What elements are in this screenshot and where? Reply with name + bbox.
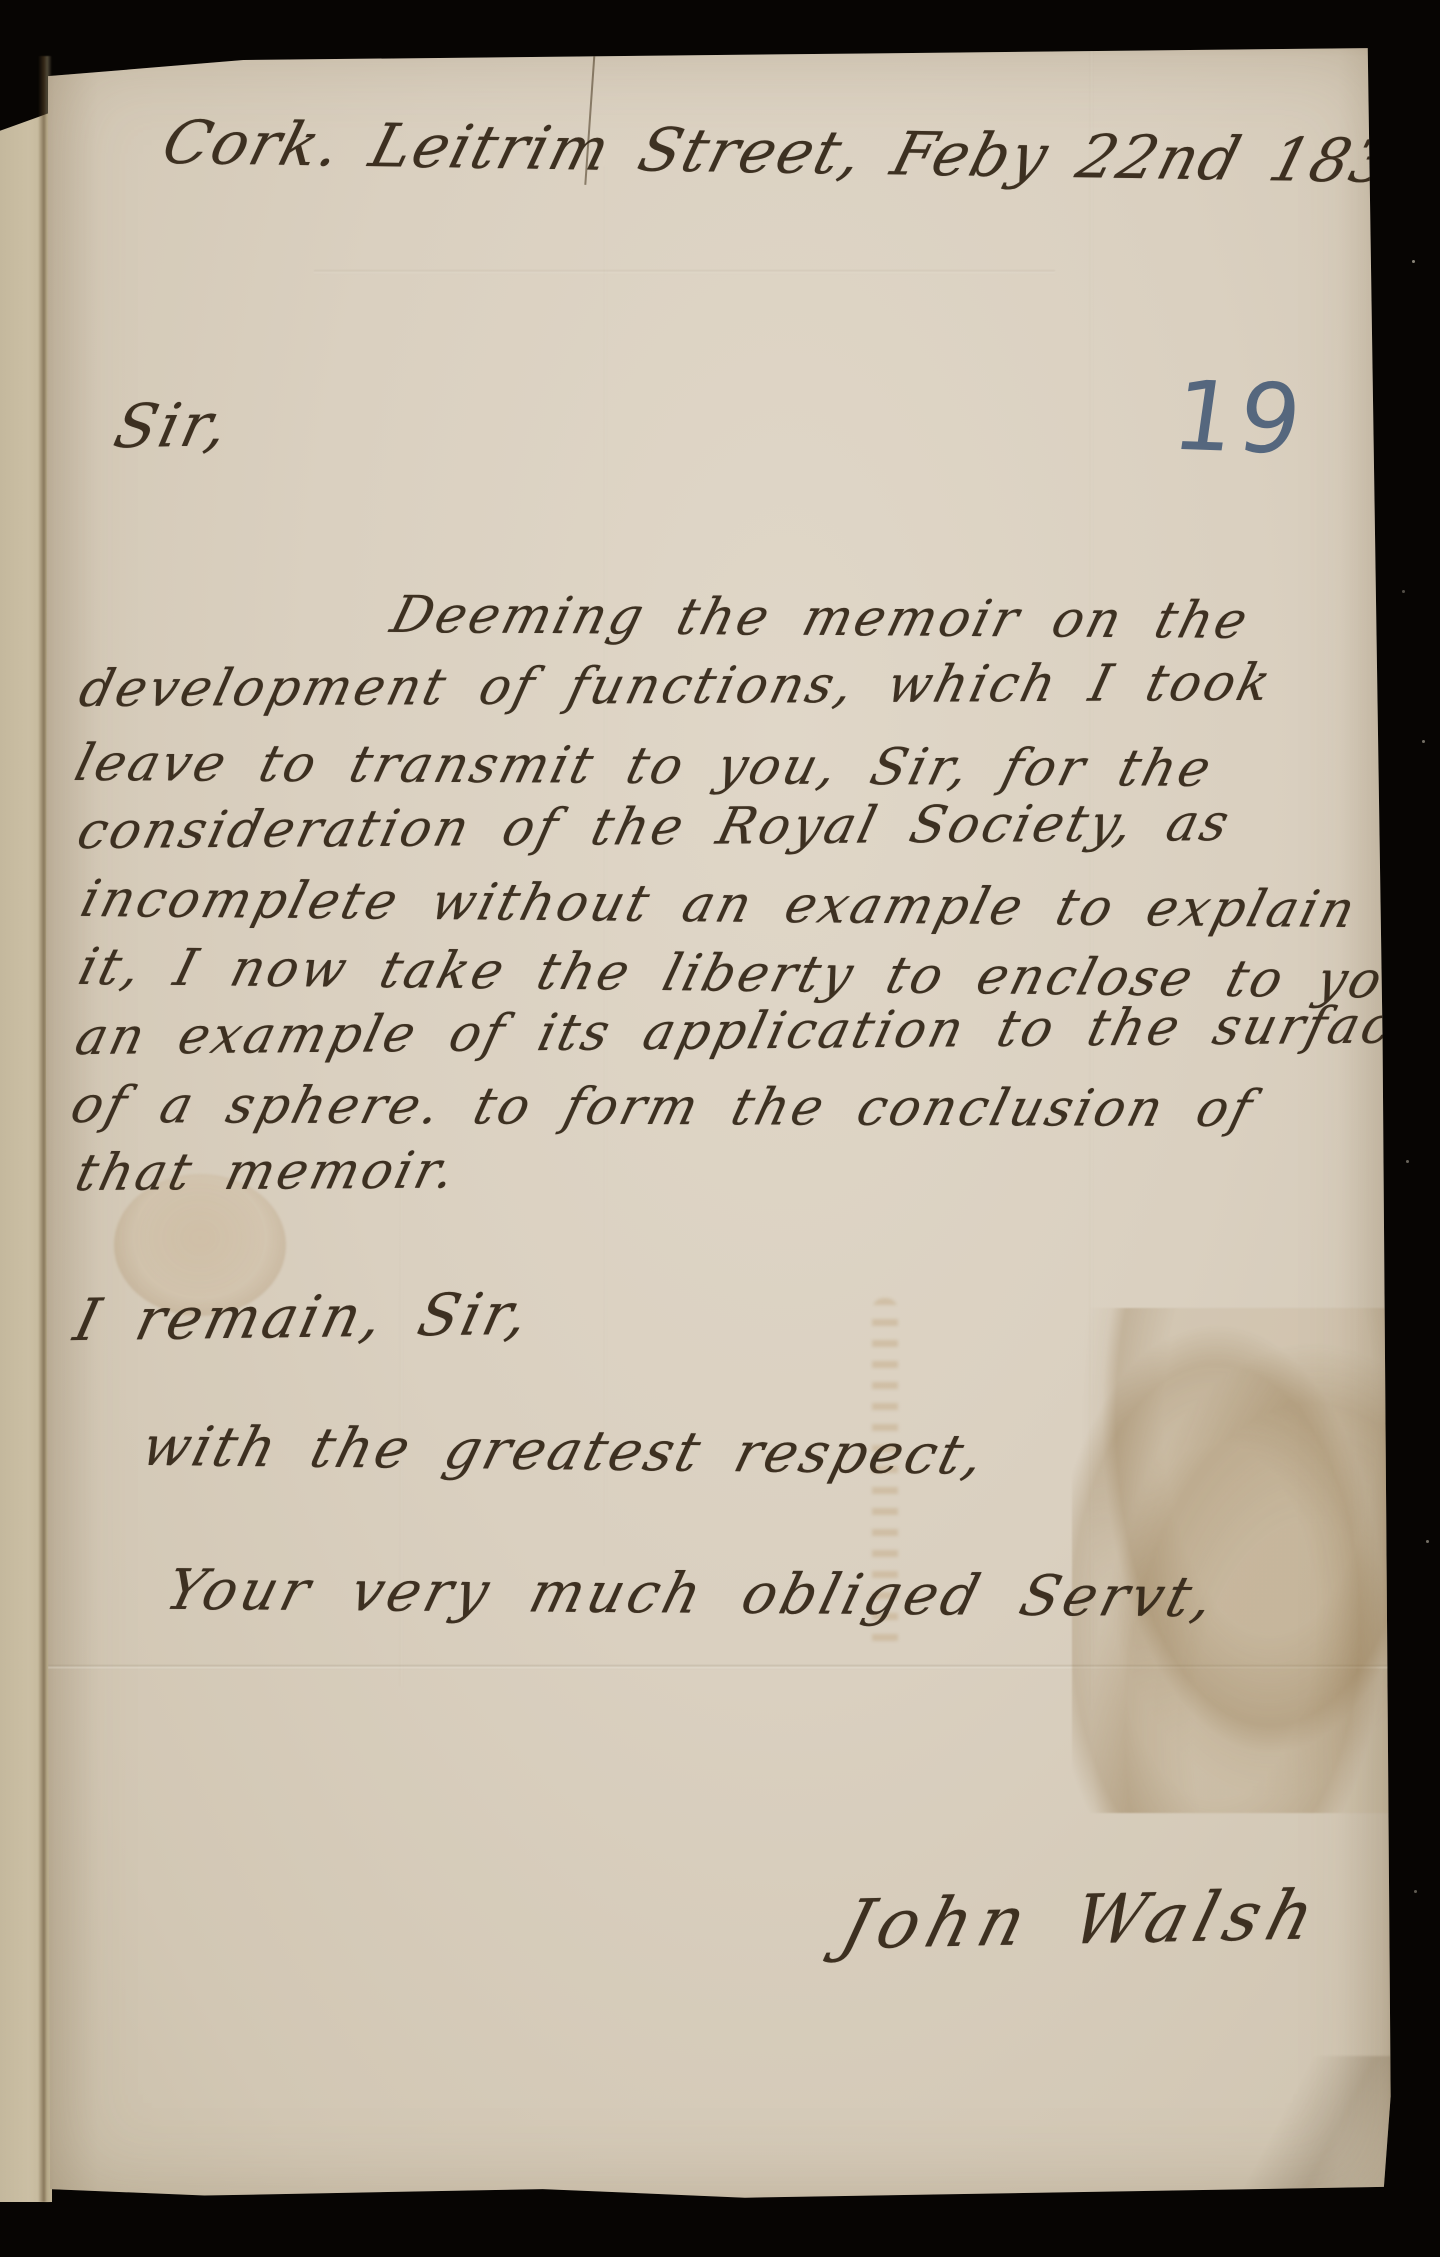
- archival-page-number: 19: [1166, 360, 1312, 476]
- closing-line: Your very much obliged Servt,: [159, 1558, 1224, 1630]
- body-line: that memoir.: [70, 1141, 464, 1203]
- closing-line: I remain, Sir,: [68, 1280, 538, 1355]
- body-line: incomplete without an example to explain: [75, 870, 1364, 940]
- scanned-letter-background: Cork. Leitrim Street, Feby 22nd 1830. 19…: [0, 0, 1440, 2257]
- fold-crease-right: [1090, 46, 1093, 1706]
- salutation: Sir,: [108, 390, 238, 462]
- letter-page: Cork. Leitrim Street, Feby 22nd 1830. 19…: [44, 46, 1392, 2202]
- body-line: Deeming the memoir on the: [385, 586, 1256, 651]
- closing-line: with the greatest respect,: [135, 1414, 993, 1487]
- bottom-right-fold-shadow: [1194, 2056, 1434, 2196]
- body-line: leave to transmit to you, Sir, for the: [69, 734, 1220, 799]
- horizontal-fold-crease: [44, 1665, 1392, 1669]
- body-line: development of functions, which I took: [74, 654, 1279, 719]
- fold-crease-center: [604, 166, 607, 1566]
- dust-specks: [1412, 260, 1415, 263]
- body-line: of a sphere. to form the conclusion of: [65, 1076, 1260, 1139]
- body-line: consideration of the Royal Society, as: [72, 794, 1238, 861]
- body-line: an example of its application to the sur…: [70, 996, 1434, 1067]
- signature: John Walsh: [833, 1876, 1330, 1965]
- top-crease: [314, 270, 1055, 274]
